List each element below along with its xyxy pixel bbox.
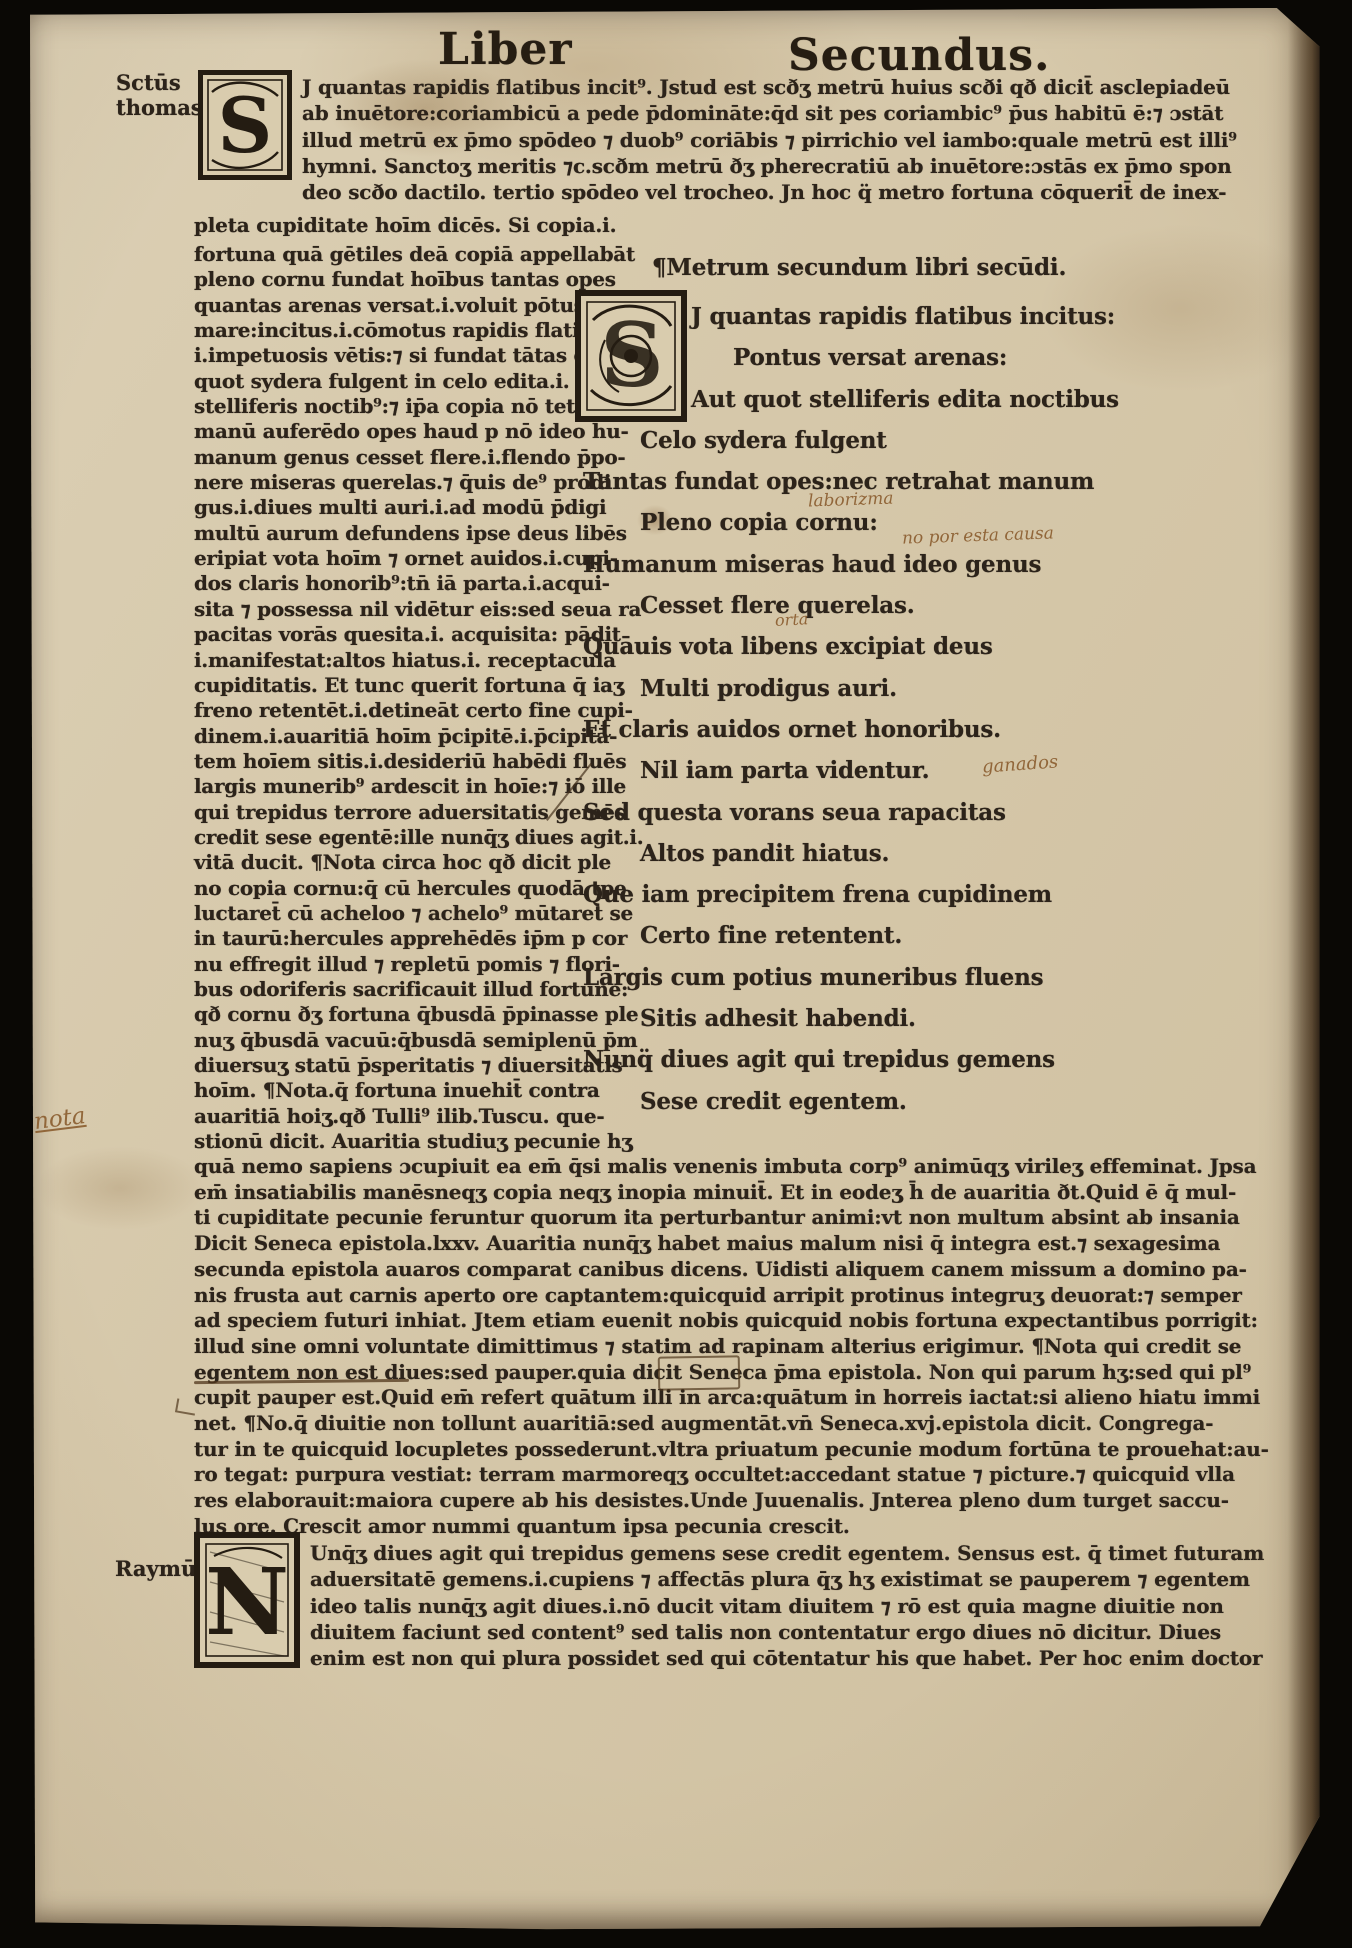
text-line: aduersitatē gemens.i.cupiens ⁊ affectās … [310,1566,1264,1592]
verse-line: Que iam precipitem frena cupidinem [583,874,1119,915]
page-paper: Liber Secundus. Sctūs thomas S J quantas… [30,8,1322,1932]
text-line: luctaret̄ cū acheloo ⁊ achelo⁹ mūtaret s… [194,901,643,926]
metrum-verse: J quantas rapidis flatibus incitus:Pontu… [583,296,1119,1122]
margin-note-line: thomas [116,95,203,120]
metrum-heading: ¶Metrum secundum libri secūdi. [652,254,1066,282]
text-line: manum genus cesset flere.i.flendo p̄po- [194,445,643,470]
woodcut-initial-art: N [194,1532,300,1668]
text-line: deo scðo dactilo. tertio spōdeo vel troc… [302,179,1237,205]
text-line: ab inuētore:coriambicū a pede p̄domināte… [302,100,1237,126]
initial-letter: S [218,81,273,170]
handwriting-laborizma: laborizma [808,489,894,512]
verse-line: Celo sydera fulgent [640,420,1119,461]
text-line: cupit pauper est.Quid em̄ refert quātum … [194,1385,1269,1411]
text-line: dinem.i.auaritiā hoīm p̄cipitē.i.p̄cipit… [194,724,643,749]
text-line: res elaborauit:maiora cupere ab his desi… [194,1488,1269,1514]
text-line: nu effregit illud ⁊ repletū pomis ⁊ flor… [194,952,643,977]
verse-line: Et claris auidos ornet honoribus. [583,709,1119,750]
verse-line: Sese credit egentem. [640,1081,1119,1122]
text-line: vitā ducit. ¶Nota circa hoc qð dicit ple [194,850,643,875]
text-line: bus odoriferis sacrificauit illud fortun… [194,977,643,1002]
text-line: Dicit Seneca epistola.lxxv. Auaritia nun… [194,1231,1269,1257]
verse-line: Nunq̈ diues agit qui trepidus gemens [583,1039,1119,1080]
verse-line: Altos pandit hiatus. [640,833,1119,874]
text-line: enim est non qui plura possidet sed qui … [310,1645,1264,1671]
text-line: diuitem faciunt sed content⁹ sed talis n… [310,1619,1264,1645]
text-line: pacitas vorās quesita.i. acquisita: pādi… [194,622,643,647]
text-line: illud metrū ex p̄mo spōdeo ⁊ duob⁹ coriā… [302,127,1237,153]
text-line: freno retentēt.i.detineāt certo fine cup… [194,698,643,723]
text-line: nis frusta aut carnis aperto ore captant… [194,1283,1269,1309]
verse-line: Pontus versat arenas: [733,337,1119,378]
verse-line: Certo fine retentent. [640,915,1119,956]
bottom-commentary: quā nemo sapiens ɔcupiuit ea em̄ q̄si ma… [194,1154,1269,1540]
text-line: credit sese egentē:ille nunq̄ʒ diues agi… [194,825,643,850]
text-line: no copia cornu:q̄ cū hercules quodā tpe [194,876,643,901]
text-line: in taurū:hercules apprehēdēs ip̄m p cor [194,926,643,951]
text-line: diuersuʒ statū p̄speritatis ⁊ diuersitat… [194,1053,643,1078]
text-line: cupiditatis. Et tunc querit fortuna q̄ i… [194,673,643,698]
handwriting-nota: nota [33,1103,87,1135]
initial-letter: N [205,1548,289,1656]
text-line: nere miseras querelas.⁊ q̄uis de⁹ prodi [194,470,643,495]
margin-note-raymu: Raymū. [115,1556,204,1581]
text-line: egentem non est diues:sed pauper.quia di… [194,1360,1269,1386]
text-line: multū aurum defundens ipse deus libēs [194,521,643,546]
verse-line: Sed questa vorans seua rapacitas [583,792,1119,833]
text-line: sita ⁊ possessa nil vidētur eis:sed seua… [194,597,643,622]
intro-continuation-line: pleta cupiditate hoīm dicēs. Si copia.i. [194,212,616,238]
raymu-commentary: Unq̄ʒ diues agit qui trepidus gemens ses… [310,1540,1264,1671]
text-line: ti cupiditate pecunie feruntur quorum it… [194,1205,1269,1231]
text-line: quā nemo sapiens ɔcupiuit ea em̄ q̄si ma… [194,1154,1269,1180]
margin-note-sanctus-thomas: Sctūs thomas [116,70,203,120]
text-line: stionū dicit. Auaritia studiuʒ pecunie h… [194,1129,643,1154]
text-line: gus.i.diues multi auri.i.ad modū p̄digi [194,495,643,520]
verse-line: Multi prodigus auri. [640,668,1119,709]
book-scan: { "colors": { "paper": "#d6c8aa", "ink":… [0,0,1352,1948]
text-line: manū auferēdo opes haud p nō ideo hu- [194,419,643,444]
text-line: lus ore. Crescit amor nummi quantum ipsa… [194,1514,1269,1540]
text-line: nuʒ q̄busdā vacuū:q̄busdā semiplenū p̄m [194,1028,643,1053]
text-line: fortuna quā gētiles deā copiā appellabāt [194,242,643,267]
text-line: Unq̄ʒ diues agit qui trepidus gemens ses… [310,1540,1264,1566]
woodcut-initial-raymu: N [194,1532,300,1668]
text-line: hymni. Sanctoʒ meritis ⁊c.scðm metrū ðʒ … [302,153,1237,179]
text-line: dos claris honorib⁹:tn̄ iā parta.i.acqui… [194,571,643,596]
text-line: net. ¶No.q̄ diuitie non tollunt auaritiā… [194,1411,1269,1437]
verse-line: J quantas rapidis flatibus incitus: [691,296,1119,337]
text-line: J quantas rapidis flatibus incit⁹. Jstud… [302,74,1237,100]
text-line: ideo talis nunq̄ʒ agit diues.i.nō ducit … [310,1593,1264,1619]
text-line: auaritiā hoiʒ.qð Tulli⁹ ilib.Tuscu. que- [194,1104,643,1129]
text-line: ad speciem futuri inhiat. Jtem etiam eue… [194,1308,1269,1334]
margin-note-line: Sctūs [116,70,203,95]
woodcut-initial-art: S [198,70,292,180]
text-line: ro tegat: purpura vestiat: terram marmor… [194,1462,1269,1488]
verse-line: Largis cum potius muneribus fluens [583,957,1119,998]
text-line: i.manifestat:altos hiatus.i. receptacula [194,648,643,673]
verse-line: Humanum miseras haud ideo genus [583,544,1119,585]
text-line: qð cornu ðʒ fortuna q̄busdā p̄pinasse pl… [194,1002,643,1027]
text-line: qui trepidus terrore aduersitatis gemēs [194,800,643,825]
text-line: eripiat vota hoīm ⁊ ornet auidos.i.cupi- [194,546,643,571]
text-line: em̄ insatiabilis manēsneqʒ copia neqʒ in… [194,1180,1269,1206]
running-header-left: Liber [438,24,573,75]
text-line: tem hoīem sitis.i.desideriū habēdi fluēs [194,749,643,774]
woodcut-initial-intro: S [198,70,292,180]
verse-line: Quāuis vota libens excipiat deus [583,626,1119,667]
text-line: illud sine omni voluntate dimittimus ⁊ s… [194,1334,1269,1360]
verse-line: Sitis adhesit habendi. [640,998,1119,1039]
verse-line: Cesset flere querelas. [640,585,1119,626]
text-line: secunda epistola auaros comparat canibus… [194,1257,1269,1283]
handwriting-orta: orta [775,609,809,630]
intro-commentary: J quantas rapidis flatibus incit⁹. Jstud… [302,74,1237,205]
text-line: pleno cornu fundat hoībus tantas opes [194,267,643,292]
text-line: largis munerib⁹ ardescit in hoīe:⁊ iō il… [194,774,643,799]
text-line: tur in te quicquid locupletes possederun… [194,1437,1269,1463]
verse-line: Aut quot stelliferis edita noctibus [691,379,1119,420]
text-line: hoīm. ¶Nota.q̄ fortuna inuehit̄ contra [194,1078,643,1103]
